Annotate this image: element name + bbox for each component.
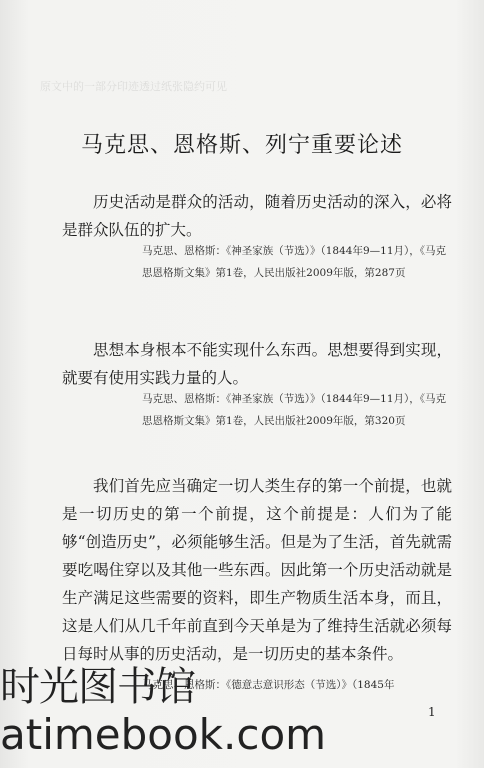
- book-page: 原文中的一部分印迹透过纸张隐约可见 马克思、恩格斯、列宁重要论述 历史活动是群众…: [0, 0, 484, 768]
- quote-paragraph-1: 历史活动是群众的活动，随着历史活动的深入，必将是群众队伍的扩大。: [62, 188, 452, 244]
- quote-paragraph-3: 我们首先应当确定一切人类生存的第一个前提，也就是一切历史的第一个前提，这个前提是…: [62, 472, 452, 668]
- quote-paragraph-2: 思想本身根本不能实现什么东西。思想要得到实现，就要有使用实践力量的人。: [62, 336, 452, 392]
- page-title: 马克思、恩格斯、列宁重要论述: [0, 128, 484, 159]
- citation-1: 马克思、恩格斯：《神圣家族（节选）》（1844年9—11月），《马克思恩格斯文集…: [142, 240, 454, 284]
- watermark-title: 时光图书馆: [0, 655, 195, 712]
- page-number: 1: [428, 705, 436, 719]
- bleed-through-text: 原文中的一部分印迹透过纸张隐约可见: [40, 80, 440, 94]
- watermark-url: atimebook.com: [0, 710, 326, 759]
- citation-2: 马克思、恩格斯：《神圣家族（节选）》（1844年9—11月），《马克思恩格斯文集…: [142, 388, 454, 432]
